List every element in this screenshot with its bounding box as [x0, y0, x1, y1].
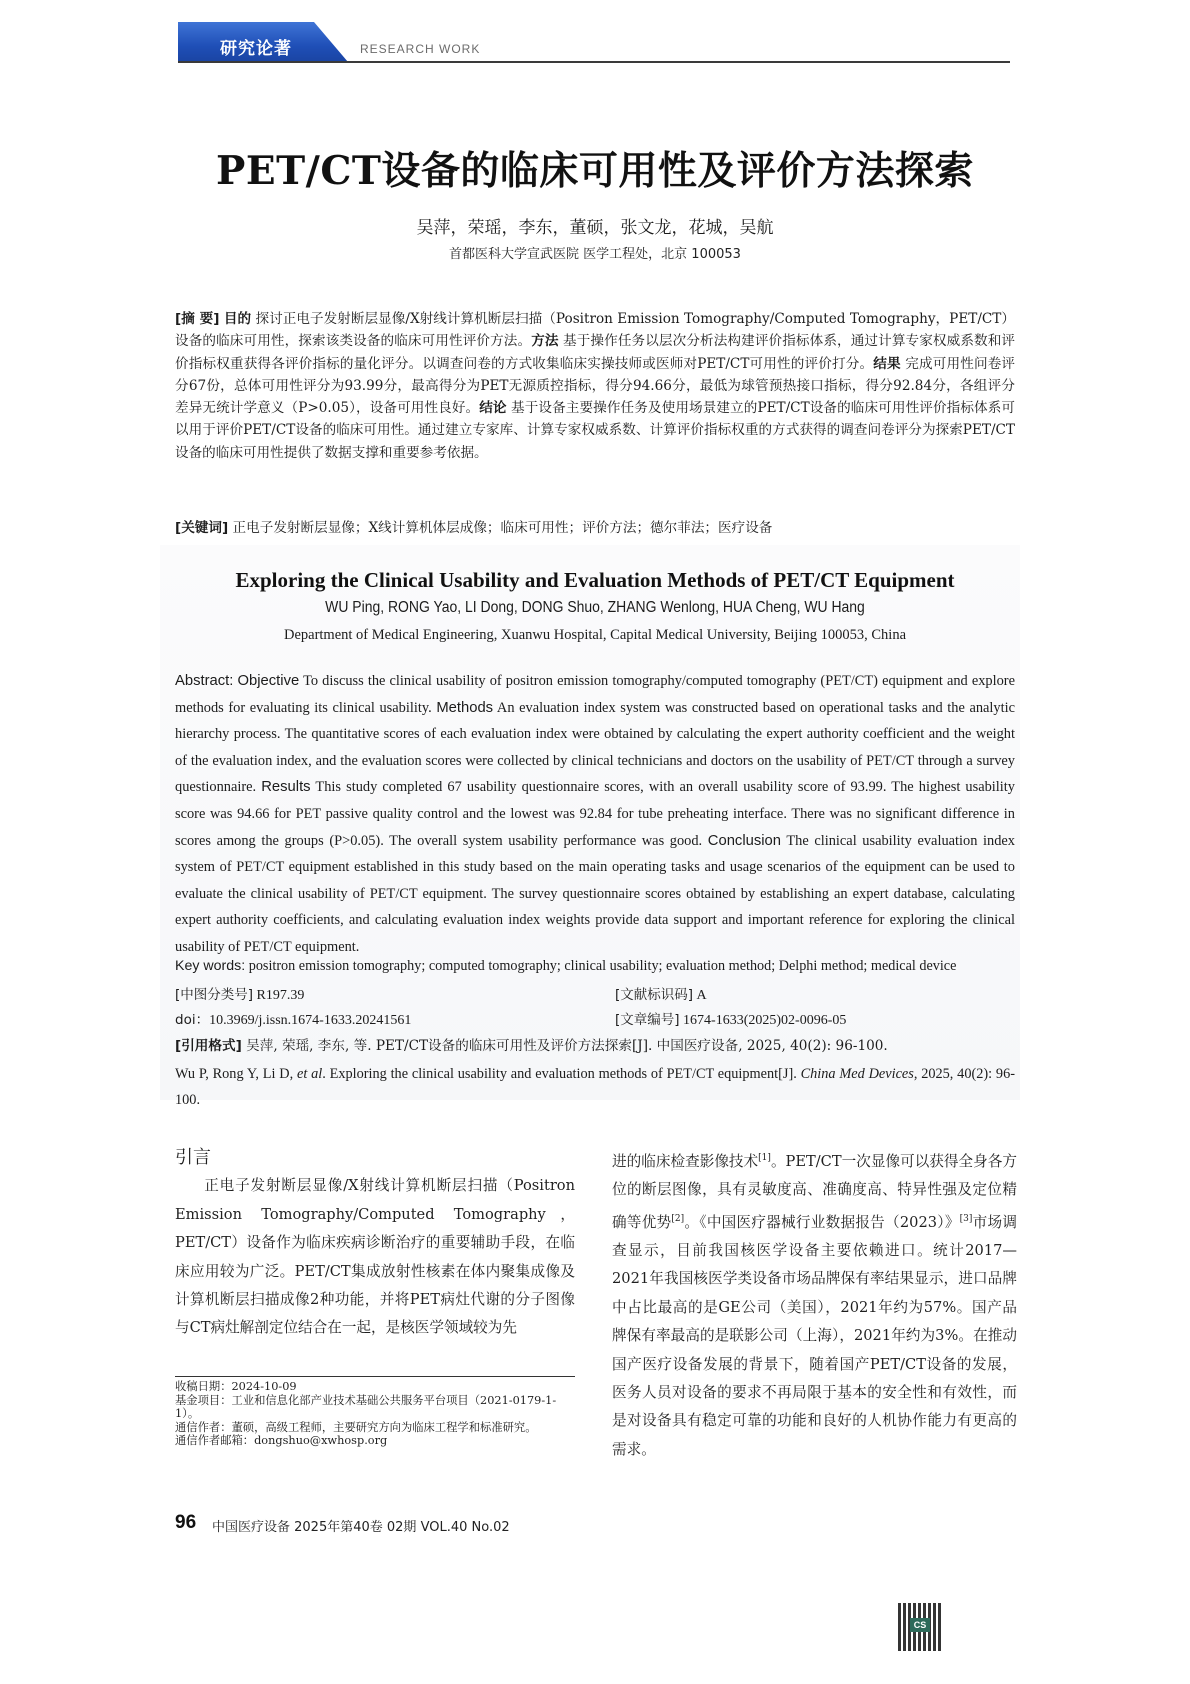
conclusion-en: The clinical usability evaluation index … — [175, 833, 1015, 955]
intro-text-4: 市场调查显示，目前我国核医学设备主要依赖进口。统计2017—2021年我国核医学… — [612, 1214, 1017, 1458]
abstract-zh: [摘 要] 目的 探讨正电子发射断层显像/X射线计算机断层扫描（Positron… — [175, 308, 1015, 464]
results-label-zh: 结果 — [873, 356, 901, 372]
citation-en: Wu P, Rong Y, Li D, et al. Exploring the… — [175, 1061, 1015, 1113]
paper-title-en: Exploring the Clinical Usability and Eva… — [0, 568, 1190, 593]
section-label-en: RESEARCH WORK — [360, 42, 480, 56]
paper-title-zh: PET/CT设备的临床可用性及评价方法探索 — [0, 140, 1190, 196]
body-right-column: 进的临床检查影像技术[1]。PET/CT一次显像可以获得全身各方位的断层图像，具… — [612, 1144, 1017, 1464]
methods-label-zh: 方法 — [531, 333, 558, 349]
citation-en-authors: Wu P, Rong Y, Li D, — [175, 1066, 297, 1082]
ref-1[interactable]: [1] — [758, 1153, 771, 1163]
ref-3[interactable]: [3] — [960, 1214, 973, 1224]
doi-value[interactable]: 10.3969/j.issn.1674-1633.20241561 — [209, 1013, 411, 1028]
keywords-en: Key words: positron emission tomography;… — [175, 958, 1015, 975]
objective-label-en: Objective — [238, 673, 300, 689]
authors-zh: 吴萍，荣瑶，李东，董硕，张文龙，花城，吴航 — [0, 213, 1190, 238]
corresponding-email[interactable]: 通信作者邮箱：dongshuo@xwhosp.org — [175, 1434, 575, 1448]
doc-code-value: A — [697, 988, 707, 1003]
citation-label: [引用格式] — [175, 1038, 242, 1054]
corresponding-author: 通信作者：董硕，高级工程师，主要研究方向为临床工程学和标准研究。 — [175, 1421, 575, 1435]
keywords-label-en: Key words: — [175, 958, 245, 974]
abstract-en: Abstract: Objective To discuss the clini… — [175, 668, 1015, 961]
methods-label-en: Methods — [436, 700, 493, 716]
journal-footer: 中国医疗设备 2025年第40卷 02期 VOL.40 No.02 — [212, 1516, 510, 1535]
footnote-rule — [175, 1376, 575, 1377]
citation-en-journal: China Med Devices — [801, 1066, 914, 1082]
doc-code-label: [文献标识码] — [615, 987, 693, 1003]
fund-project: 基金项目：工业和信息化部产业技术基础公共服务平台项目（2021-0179-1-1… — [175, 1394, 575, 1421]
received-date: 收稿日期：2024-10-09 — [175, 1380, 575, 1394]
header-rule — [178, 61, 1010, 63]
authors-en: WU Ping, RONG Yao, LI Dong, DONG Shuo, Z… — [60, 599, 1131, 617]
clc-value: R197.39 — [257, 988, 305, 1003]
affiliation-zh: 首都医科大学宣武医院 医学工程处，北京 100053 — [0, 243, 1190, 262]
body-left-column: 引言 正电子发射断层显像/X射线计算机断层扫描（Positron Emissio… — [175, 1144, 575, 1343]
conclusion-label-zh: 结论 — [479, 400, 506, 416]
keywords-text-en: positron emission tomography; computed t… — [249, 958, 957, 974]
results-label-en: Results — [261, 779, 310, 795]
keywords-text-zh: 正电子发射断层显像；X线计算机体层成像；临床可用性；评价方法；德尔菲法；医疗设备 — [233, 520, 773, 536]
section-label-zh: 研究论著 — [220, 34, 292, 59]
abstract-label-zh: [摘 要] — [175, 311, 219, 327]
qr-badge: CS — [910, 1618, 930, 1632]
clc-label: [中图分类号] — [175, 987, 253, 1003]
citation-en-etal: et al — [297, 1066, 322, 1082]
ref-2[interactable]: [2] — [671, 1214, 684, 1224]
section-heading-introduction: 引言 — [175, 1144, 575, 1172]
intro-text-1: 进的临床检查影像技术 — [612, 1153, 758, 1170]
doi-label: doi： — [175, 1012, 209, 1028]
citation-en-title: . Exploring the clinical usability and e… — [322, 1066, 800, 1082]
page-number: 96 — [175, 1512, 196, 1534]
article-no-label: [文章编号] — [615, 1012, 680, 1028]
footnotes: 收稿日期：2024-10-09 基金项目：工业和信息化部产业技术基础公共服务平台… — [175, 1380, 575, 1448]
citation-zh: [引用格式] 吴萍, 荣瑶, 李东, 等. PET/CT设备的临床可用性及评价方… — [175, 1034, 1015, 1054]
citation-text-zh: 吴萍, 荣瑶, 李东, 等. PET/CT设备的临床可用性及评价方法探索[J].… — [246, 1038, 888, 1054]
article-no-value: 1674-1633(2025)02-0096-05 — [683, 1013, 846, 1028]
affiliation-en: Department of Medical Engineering, Xuanw… — [0, 627, 1190, 644]
keywords-label-zh: [关键词] — [175, 520, 228, 536]
conclusion-label-en: Conclusion — [708, 833, 781, 849]
intro-text-3: 。《中国医疗器械行业数据报告（2023）》 — [684, 1214, 960, 1231]
abstract-label-en: Abstract: — [175, 673, 233, 689]
intro-paragraph-left: 正电子发射断层显像/X射线计算机断层扫描（Positron Emission T… — [175, 1172, 575, 1342]
keywords-zh: [关键词] 正电子发射断层显像；X线计算机体层成像；临床可用性；评价方法；德尔菲… — [175, 516, 1015, 536]
objective-label-zh: 目的 — [224, 311, 251, 327]
